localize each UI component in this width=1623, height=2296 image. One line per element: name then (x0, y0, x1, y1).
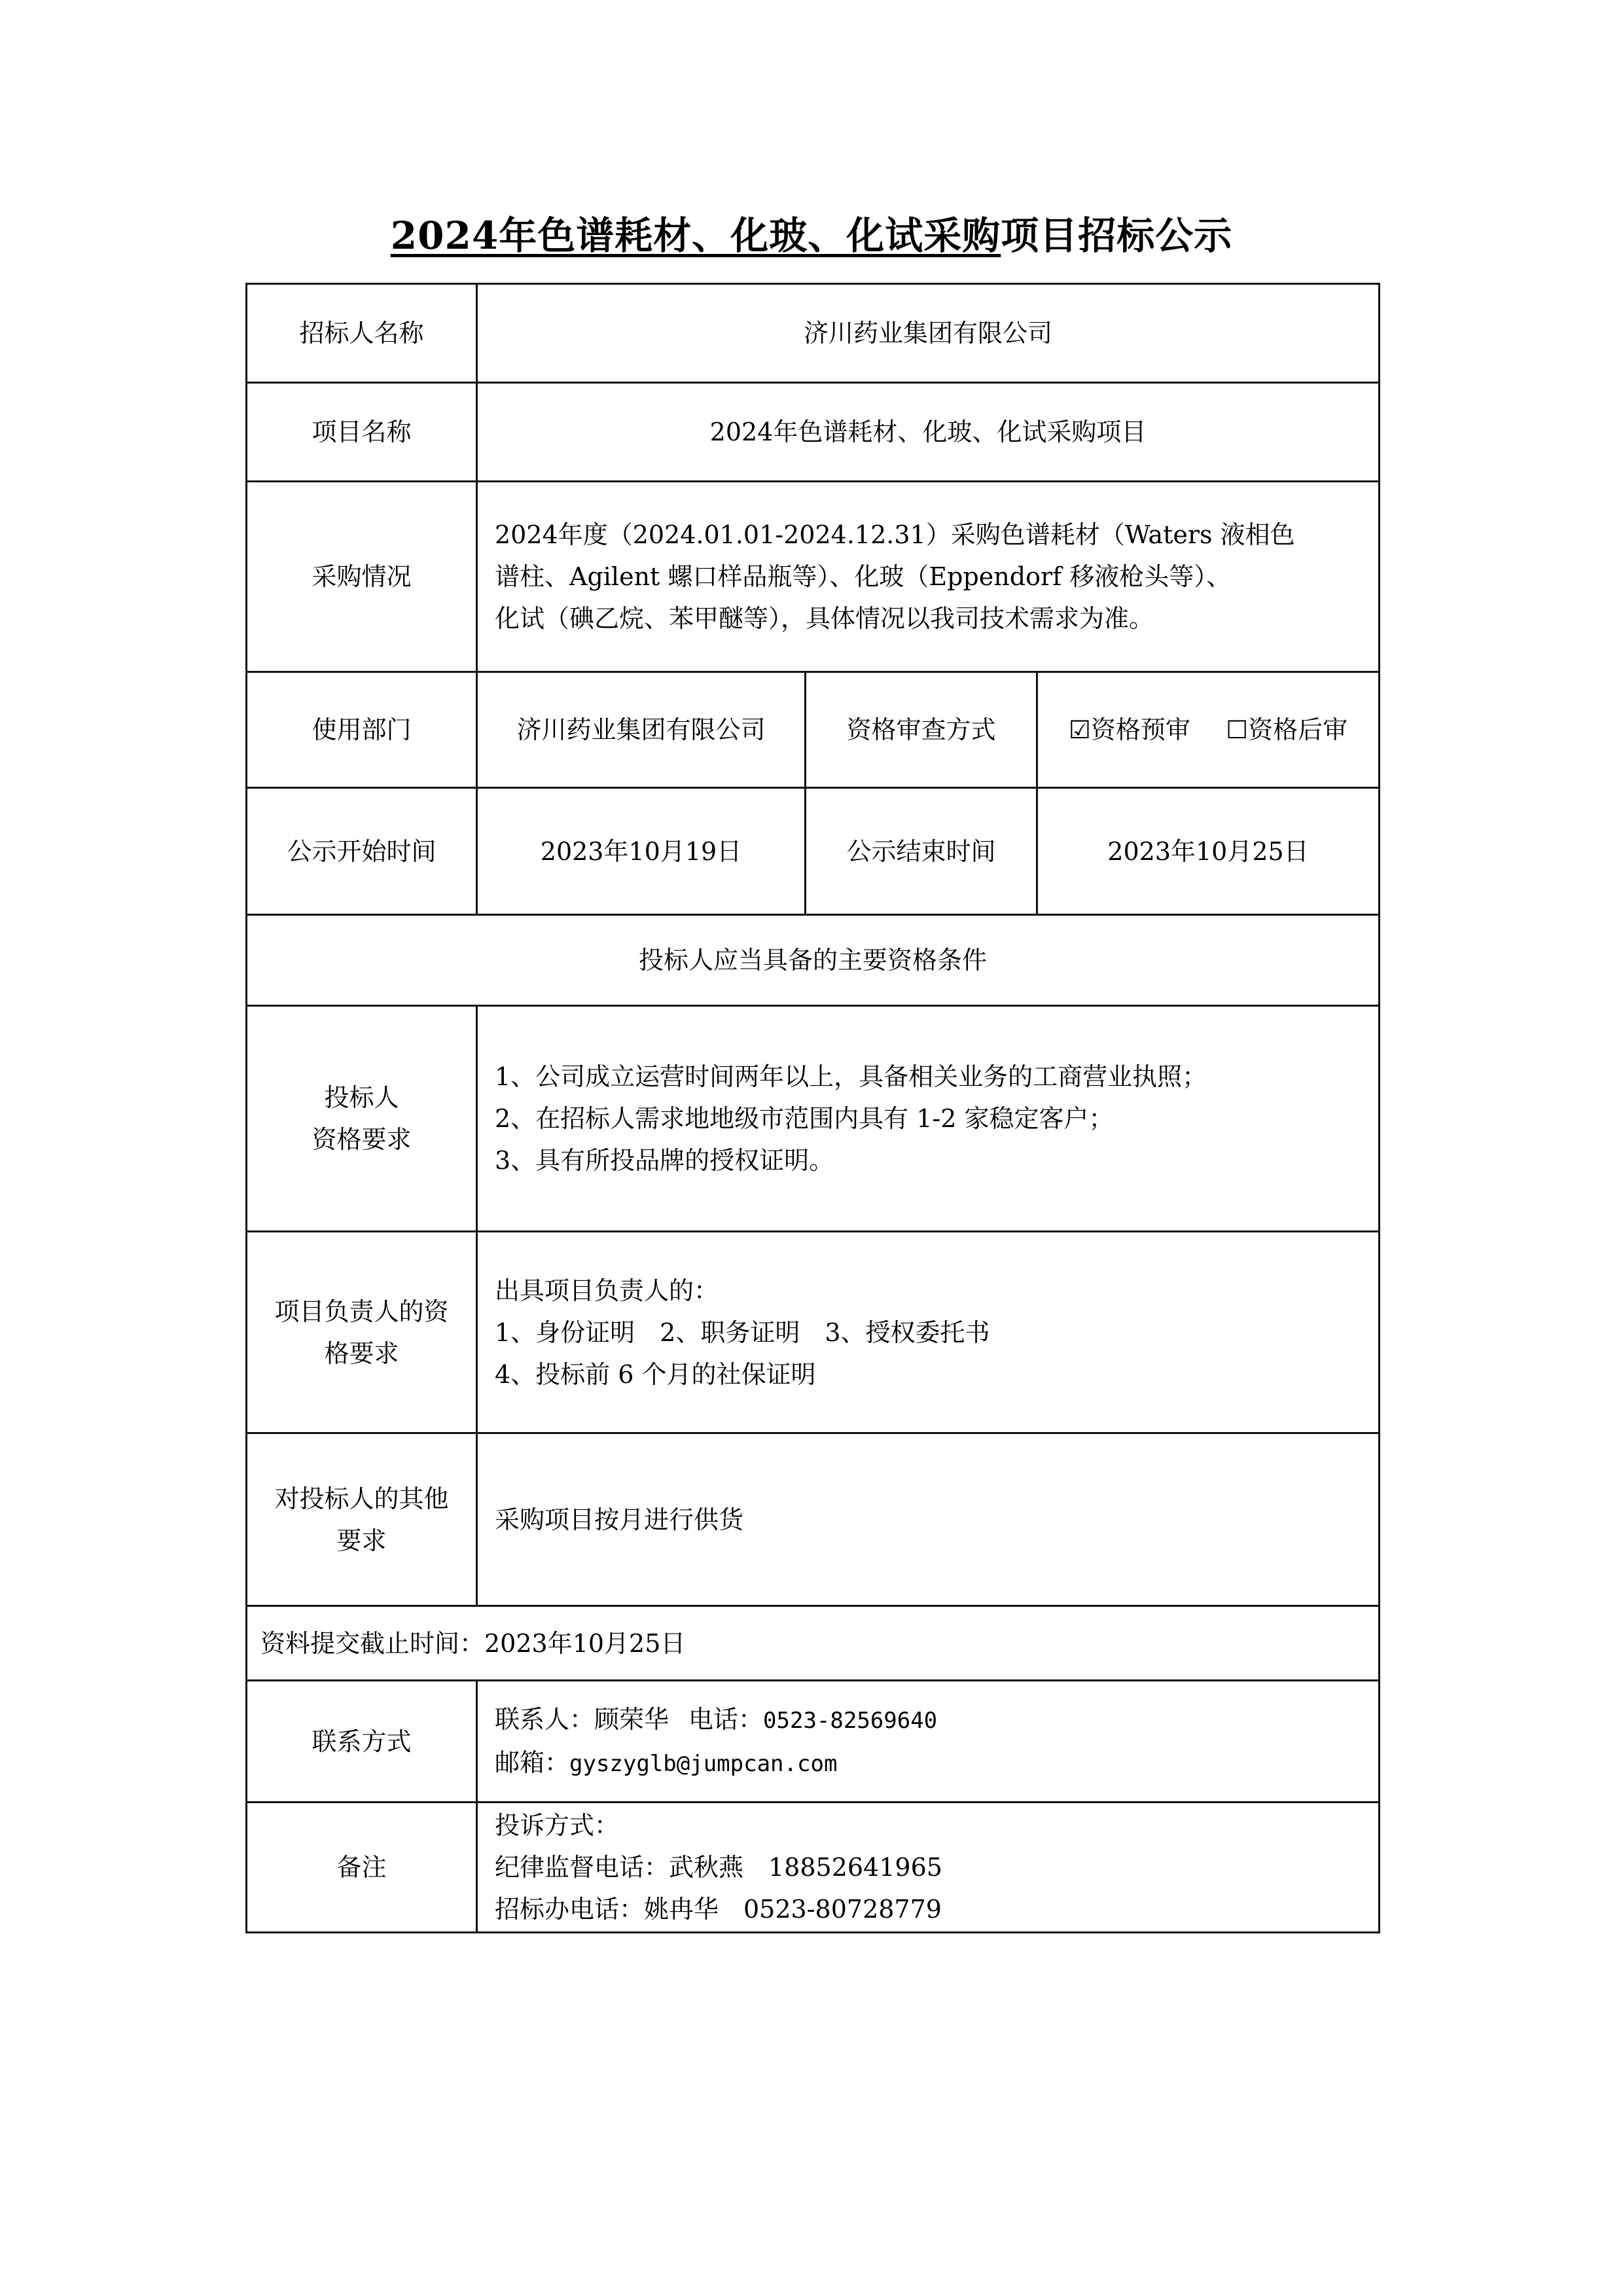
procurement-label: 采购情况 (247, 482, 477, 672)
procurement-line: 化试（碘乙烷、苯甲醚等），具体情况以我司技术需求为准。 (495, 598, 1361, 639)
start-time-label: 公示开始时间 (247, 788, 477, 915)
tender-notice-table: 招标人名称 济川药业集团有限公司 项目名称 2024年色谱耗材、化玻、化试采购项… (245, 283, 1380, 1933)
start-time-value: 2023年10月19日 (477, 788, 806, 915)
checked-checkbox-icon[interactable]: ☑ (1069, 709, 1091, 751)
review-method-label: 资格审查方式 (806, 672, 1037, 788)
row-project-name: 项目名称 2024年色谱耗材、化玻、化试采购项目 (247, 383, 1380, 482)
row-procurement: 采购情况 2024年度（2024.01.01-2024.12.31）采购色谱耗材… (247, 482, 1380, 672)
department-label: 使用部门 (247, 672, 477, 788)
department-value: 济川药业集团有限公司 (477, 672, 806, 788)
option-label: 资格预审 (1091, 715, 1190, 744)
bidder-req-value: 1、公司成立运营时间两年以上，具备相关业务的工商营业执照； 2、在招标人需求地地… (477, 1006, 1380, 1232)
title-underlined-part: 2024年色谱耗材、化玻、化试采购 (391, 213, 1001, 258)
tenderer-label: 招标人名称 (247, 284, 477, 383)
unchecked-checkbox-icon[interactable]: ☐ (1226, 709, 1248, 751)
remarks-label: 备注 (247, 1803, 477, 1933)
requirement-item: 出具项目负责人的： (495, 1270, 1361, 1312)
contact-email[interactable]: gyszyglb@jumpcan.com (569, 1751, 837, 1777)
option-prequalification[interactable]: ☑资格预审 (1069, 715, 1198, 744)
remark-line: 纪律监督电话：武秋燕 18852641965 (495, 1846, 1361, 1888)
row-manager-requirements: 项目负责人的资格要求 出具项目负责人的： 1、身份证明 2、职务证明 3、授权委… (247, 1232, 1380, 1433)
project-name-label: 项目名称 (247, 383, 477, 482)
bidder-req-label: 投标人 资格要求 (247, 1006, 477, 1232)
row-other-requirements: 对投标人的其他要求 采购项目按月进行供货 (247, 1433, 1380, 1606)
requirement-item: 1、公司成立运营时间两年以上，具备相关业务的工商营业执照； (495, 1056, 1361, 1098)
row-deadline: 资料提交截止时间：2023年10月25日 (247, 1606, 1380, 1681)
requirement-item: 3、具有所投品牌的授权证明。 (495, 1139, 1361, 1181)
requirement-item: 4、投标前 6 个月的社保证明 (495, 1354, 1361, 1395)
manager-req-value: 出具项目负责人的： 1、身份证明 2、职务证明 3、授权委托书 4、投标前 6 … (477, 1232, 1380, 1433)
contact-label: 联系方式 (247, 1681, 477, 1803)
tenderer-value: 济川药业集团有限公司 (477, 284, 1380, 383)
row-section-header: 投标人应当具备的主要资格条件 (247, 915, 1380, 1006)
contact-phone[interactable]: 0523-82569640 (763, 1708, 937, 1734)
project-name-value: 2024年色谱耗材、化玻、化试采购项目 (477, 383, 1380, 482)
review-method-options: ☑资格预审 ☐资格后审 (1037, 672, 1380, 788)
other-req-label: 对投标人的其他要求 (247, 1433, 477, 1606)
contact-value: 联系人：顾荣华电话：0523-82569640 邮箱：gyszyglb@jump… (477, 1681, 1380, 1803)
end-time-label: 公示结束时间 (806, 788, 1037, 915)
submission-deadline: 资料提交截止时间：2023年10月25日 (247, 1606, 1380, 1681)
procurement-line: 谱柱、Agilent 螺口样品瓶等）、化玻（Eppendorf 移液枪头等）、 (495, 556, 1361, 598)
row-dates: 公示开始时间 2023年10月19日 公示结束时间 2023年10月25日 (247, 788, 1380, 915)
end-time-value: 2023年10月25日 (1037, 788, 1380, 915)
option-label: 资格后审 (1248, 715, 1347, 744)
row-remarks: 备注 投诉方式： 纪律监督电话：武秋燕 18852641965 招标办电话：姚冉… (247, 1803, 1380, 1933)
contact-person: 顾荣华 (594, 1705, 669, 1734)
row-tenderer: 招标人名称 济川药业集团有限公司 (247, 284, 1380, 383)
title-rest: 项目招标公示 (1001, 213, 1232, 258)
manager-req-label: 项目负责人的资格要求 (247, 1232, 477, 1433)
page-title: 2024年色谱耗材、化玻、化试采购项目招标公示 (0, 211, 1623, 260)
row-department: 使用部门 济川药业集团有限公司 资格审查方式 ☑资格预审 ☐资格后审 (247, 672, 1380, 788)
remark-line: 招标办电话：姚冉华 0523-80728779 (495, 1888, 1361, 1930)
qualification-section-header: 投标人应当具备的主要资格条件 (247, 915, 1380, 1006)
requirement-item: 2、在招标人需求地地级市范围内具有 1-2 家稳定客户； (495, 1098, 1361, 1139)
remarks-value: 投诉方式： 纪律监督电话：武秋燕 18852641965 招标办电话：姚冉华 0… (477, 1803, 1380, 1933)
other-req-value: 采购项目按月进行供货 (477, 1433, 1380, 1606)
procurement-value: 2024年度（2024.01.01-2024.12.31）采购色谱耗材（Wate… (477, 482, 1380, 672)
row-contact: 联系方式 联系人：顾荣华电话：0523-82569640 邮箱：gyszyglb… (247, 1681, 1380, 1803)
requirement-item: 1、身份证明 2、职务证明 3、授权委托书 (495, 1312, 1361, 1354)
option-postqualification[interactable]: ☐资格后审 (1226, 715, 1347, 744)
procurement-line: 2024年度（2024.01.01-2024.12.31）采购色谱耗材（Wate… (495, 514, 1361, 556)
remark-line: 投诉方式： (495, 1804, 1361, 1846)
row-bidder-requirements: 投标人 资格要求 1、公司成立运营时间两年以上，具备相关业务的工商营业执照； 2… (247, 1006, 1380, 1232)
